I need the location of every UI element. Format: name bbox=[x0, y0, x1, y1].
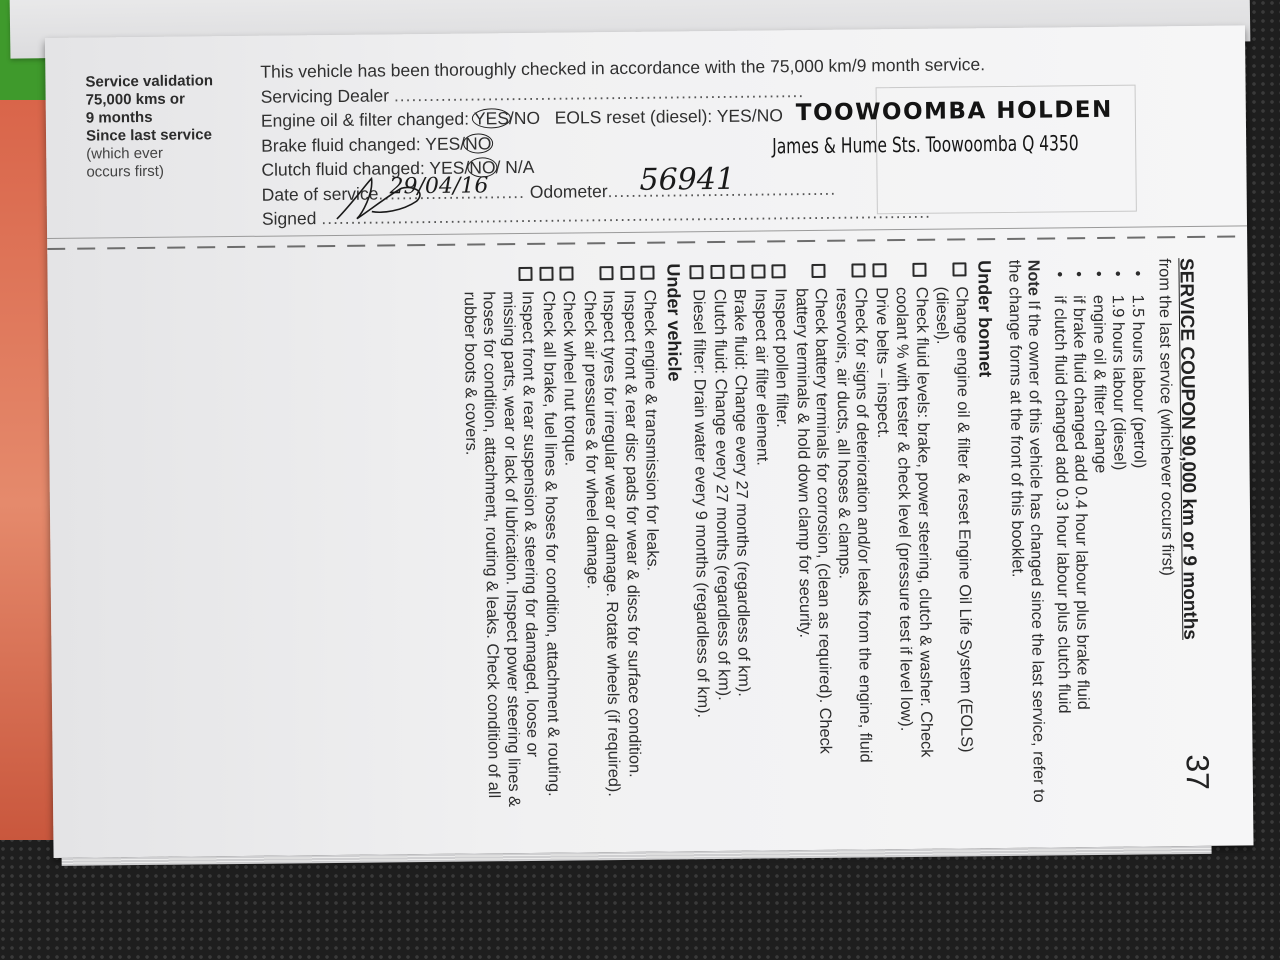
checkbox-icon[interactable] bbox=[772, 264, 786, 278]
checkbox-icon[interactable] bbox=[731, 265, 745, 279]
checkbox-icon[interactable] bbox=[519, 267, 533, 281]
checkbox-icon[interactable] bbox=[812, 264, 826, 278]
coupon-title: SERVICE COUPON 90,000 km or 9 months bbox=[1176, 258, 1201, 804]
checklist-item[interactable]: Check battery terminals for corrosion, (… bbox=[791, 262, 836, 808]
checklist-item[interactable]: Check for signs of deterioration and/or … bbox=[831, 261, 876, 807]
brake-fluid-no-circled: NO bbox=[463, 133, 493, 153]
signature-scribble bbox=[331, 173, 442, 224]
checkbox-icon[interactable] bbox=[620, 266, 634, 280]
checkbox-icon[interactable] bbox=[560, 266, 574, 280]
checklist-item[interactable]: Change engine oil & filter & reset Engin… bbox=[931, 260, 976, 806]
checklist-item[interactable]: Inspect tyres for irregular wear or dama… bbox=[579, 264, 624, 810]
under-bonnet-checklist: Change engine oil & filter & reset Engin… bbox=[688, 260, 976, 809]
checkbox-icon[interactable] bbox=[852, 263, 866, 277]
checkbox-icon[interactable] bbox=[710, 265, 724, 279]
engine-oil-yes-circled: YES bbox=[472, 108, 511, 128]
eols-label: EOLS reset (diesel): bbox=[555, 106, 717, 128]
eols-value: YES/NO bbox=[717, 105, 783, 126]
checkbox-icon[interactable] bbox=[872, 263, 886, 277]
dealer-stamp-address: James & Hume Sts. Toowoomba Q 4350 bbox=[772, 131, 1079, 158]
checkbox-icon[interactable] bbox=[641, 266, 655, 280]
checkbox-icon[interactable] bbox=[912, 263, 926, 277]
booklet-page: Service validation 75,000 kms or 9 month… bbox=[45, 25, 1254, 858]
labour-bullets: 1.5 hours labour (petrol) 1.9 hours labo… bbox=[1049, 258, 1152, 805]
service-coupon-area: SERVICE COUPON 90,000 km or 9 months 37 … bbox=[92, 244, 1213, 846]
section-heading-under-bonnet: Under bonnet bbox=[974, 260, 999, 806]
checkbox-icon[interactable] bbox=[952, 262, 966, 276]
checklist-item[interactable]: Check fluid levels: brake, power steerin… bbox=[891, 261, 936, 807]
page-number: 37 bbox=[1187, 754, 1207, 790]
section-heading-under-vehicle: Under vehicle bbox=[663, 263, 688, 809]
service-validation-strip: Service validation 75,000 kms or 9 month… bbox=[45, 25, 1247, 238]
service-coupon: SERVICE COUPON 90,000 km or 9 months 37 … bbox=[97, 244, 1213, 816]
checkbox-icon[interactable] bbox=[539, 267, 553, 281]
dealer-stamp-name: TOOWOOMBA HOLDEN bbox=[796, 97, 1113, 126]
owner-change-note: Note If the owner of this vehicle has ch… bbox=[1004, 260, 1049, 806]
page-stack-edge bbox=[62, 846, 1212, 866]
checklist-item[interactable]: Inspect front & rear suspension & steeri… bbox=[459, 265, 543, 812]
validation-heading: Service validation 75,000 kms or 9 month… bbox=[85, 72, 256, 182]
odometer-handwritten: 56941 bbox=[639, 167, 735, 192]
under-vehicle-checklist: Check engine & transmission for leaks. I… bbox=[459, 264, 665, 812]
checkbox-icon[interactable] bbox=[600, 266, 614, 280]
checkbox-icon[interactable] bbox=[690, 265, 704, 279]
checkbox-icon[interactable] bbox=[751, 264, 765, 278]
